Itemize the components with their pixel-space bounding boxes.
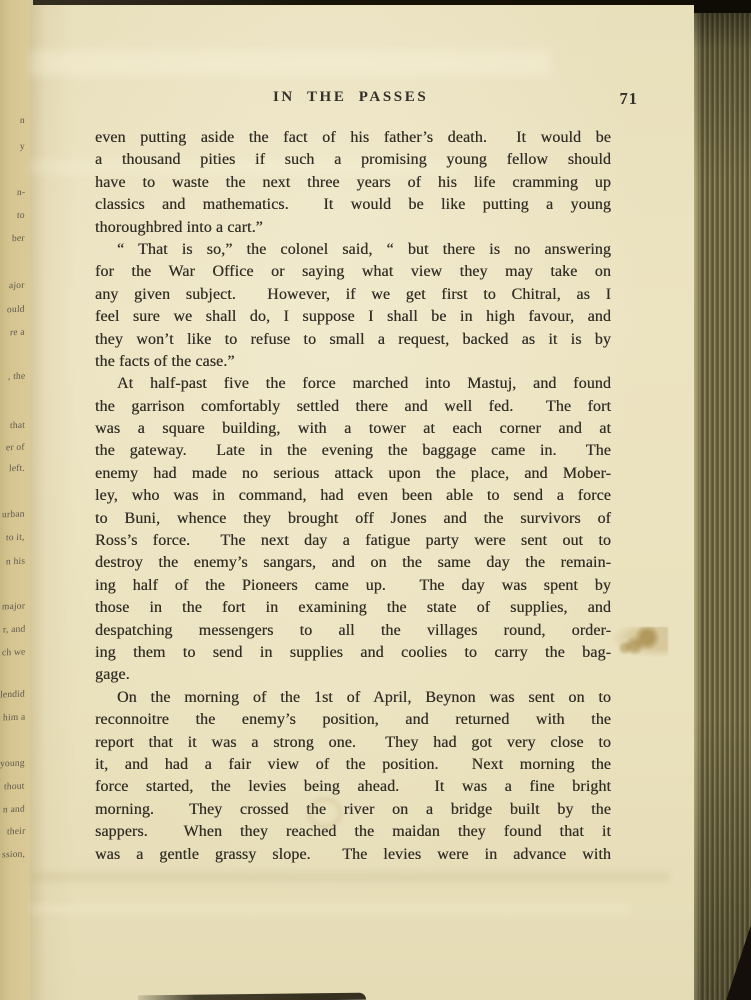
text-line: ing them to send in supplies and coolies…: [95, 642, 611, 664]
facing-page-text-fragment: ber: [12, 234, 25, 244]
text-line: Ross’s force. The next day a fatigue par…: [95, 530, 611, 552]
facing-page-text-fragment: urban: [2, 510, 25, 521]
text-line: On the morning of the 1st of April, Beyn…: [95, 687, 611, 709]
text-line: gage.: [95, 664, 611, 686]
facing-page-text-fragment: n his: [6, 557, 26, 568]
facing-page-text-fragment: their: [6, 827, 25, 838]
top-edge-shadow: [33, 0, 751, 5]
watermark-ghost-ring: [308, 798, 342, 828]
facing-page-text-fragment: that: [10, 421, 25, 432]
text-line: morning. They crossed the river on a bri…: [95, 799, 611, 821]
text-line: enemy had made no serious attack upon th…: [95, 463, 611, 485]
text-line: the facts of the case.”: [95, 351, 611, 373]
text-line: to Buni, whence they brought off Jones a…: [95, 508, 611, 530]
scanned-book-page: nyn-toberajorouldre a, thethater ofleft.…: [0, 0, 751, 1000]
fore-edge-top-cap: [694, 0, 751, 13]
page-number: 71: [620, 89, 639, 109]
text-block: even putting aside the fact of his fathe…: [95, 127, 611, 866]
text-line: those in the fort in examining the state…: [95, 597, 611, 619]
facing-page-text-fragment: r, and: [2, 625, 25, 636]
paragraph: At half-past five the force marched into…: [95, 373, 611, 686]
text-line: it, and had a fair view of the position.…: [95, 754, 611, 776]
text-line: they won’t like to refuse to small a req…: [95, 329, 611, 351]
text-line: report that it was a strong one. They ha…: [95, 732, 611, 754]
facing-page-text-fragment: thout: [4, 782, 25, 793]
page-surface: IN THE PASSES 71 even putting aside the …: [30, 0, 696, 1000]
facing-page-text-fragment: ch we: [1, 648, 25, 659]
facing-page-text-fragment: er of: [6, 443, 25, 454]
facing-page-text-fragment: n and: [3, 805, 25, 816]
facing-page-text-fragment: ajor: [9, 281, 25, 292]
facing-page-text-fragment: re a: [10, 328, 25, 339]
facing-page-sliver: nyn-toberajorouldre a, thethater ofleft.…: [0, 0, 30, 1000]
text-line: At half-past five the force marched into…: [95, 373, 611, 395]
facing-page-text-fragment: to: [17, 211, 25, 221]
fore-edge-shading: [694, 0, 751, 1000]
text-line: force started, the levies being ahead. I…: [95, 776, 611, 798]
text-line: reconnoitre the enemy’s position, and re…: [95, 709, 611, 731]
facing-page-text-fragment: left.: [9, 464, 25, 475]
scan-shadow-streak: [30, 872, 670, 882]
running-header-title: IN THE PASSES: [273, 89, 428, 106]
text-line: ley, who was in command, had even been a…: [95, 485, 611, 507]
text-line: was a gentle grassy slope. The levies we…: [95, 844, 611, 866]
book-fore-edge: [694, 0, 751, 1000]
text-line: ing half of the Pioneers came up. The da…: [95, 575, 611, 597]
text-line: feel sure we shall do, I suppose I shall…: [95, 306, 611, 328]
paragraph: On the morning of the 1st of April, Beyn…: [95, 687, 611, 866]
text-line: the garrison comfortably settled there a…: [95, 396, 611, 418]
facing-page-text-fragment: major: [2, 602, 26, 613]
text-line: even putting aside the fact of his fathe…: [95, 127, 611, 149]
facing-page-text-fragment: young: [0, 759, 25, 770]
text-line: classics and mathematics. It would be li…: [95, 194, 611, 216]
text-line: was a square building, with a tower at e…: [95, 418, 611, 440]
text-line: the gateway. Late in the evening the bag…: [95, 440, 611, 462]
facing-page-text-fragment: y: [20, 142, 25, 152]
scan-light-streak: [30, 50, 550, 76]
text-line: any given subject. However, if we get fi…: [95, 284, 611, 306]
paragraph: “ That is so,” the colonel said, “ but t…: [95, 239, 611, 373]
facing-page-text-fragment: ssion,: [2, 850, 25, 861]
text-line: destroy the enemy’s sangars, and on the …: [95, 552, 611, 574]
text-line: thoroughbred into a cart.”: [95, 217, 611, 239]
facing-page-text-fragment: n: [20, 116, 25, 126]
facing-page-text-fragment: lendid: [0, 690, 25, 701]
text-line: sappers. When they reached the maidan th…: [95, 821, 611, 843]
facing-page-text-fragment: to it,: [6, 533, 25, 544]
text-line: despatching messengers to all the villag…: [95, 620, 611, 642]
facing-page-text-fragment: , the: [7, 372, 25, 383]
facing-page-text-fragment: n-: [16, 188, 25, 198]
text-line: “ That is so,” the colonel said, “ but t…: [95, 239, 611, 261]
text-line: a thousand pities if such a promising yo…: [95, 149, 611, 171]
facing-page-text-fragment: him a: [2, 713, 25, 724]
facing-page-text-fragment: ould: [7, 305, 25, 316]
ink-stain: [612, 627, 668, 657]
page-header: IN THE PASSES 71: [95, 89, 638, 111]
paragraph: even putting aside the fact of his fathe…: [95, 127, 611, 239]
text-line: have to waste the next three years of hi…: [95, 172, 611, 194]
text-line: for the War Office or saying what view t…: [95, 261, 611, 283]
scan-light-streak: [30, 905, 630, 913]
